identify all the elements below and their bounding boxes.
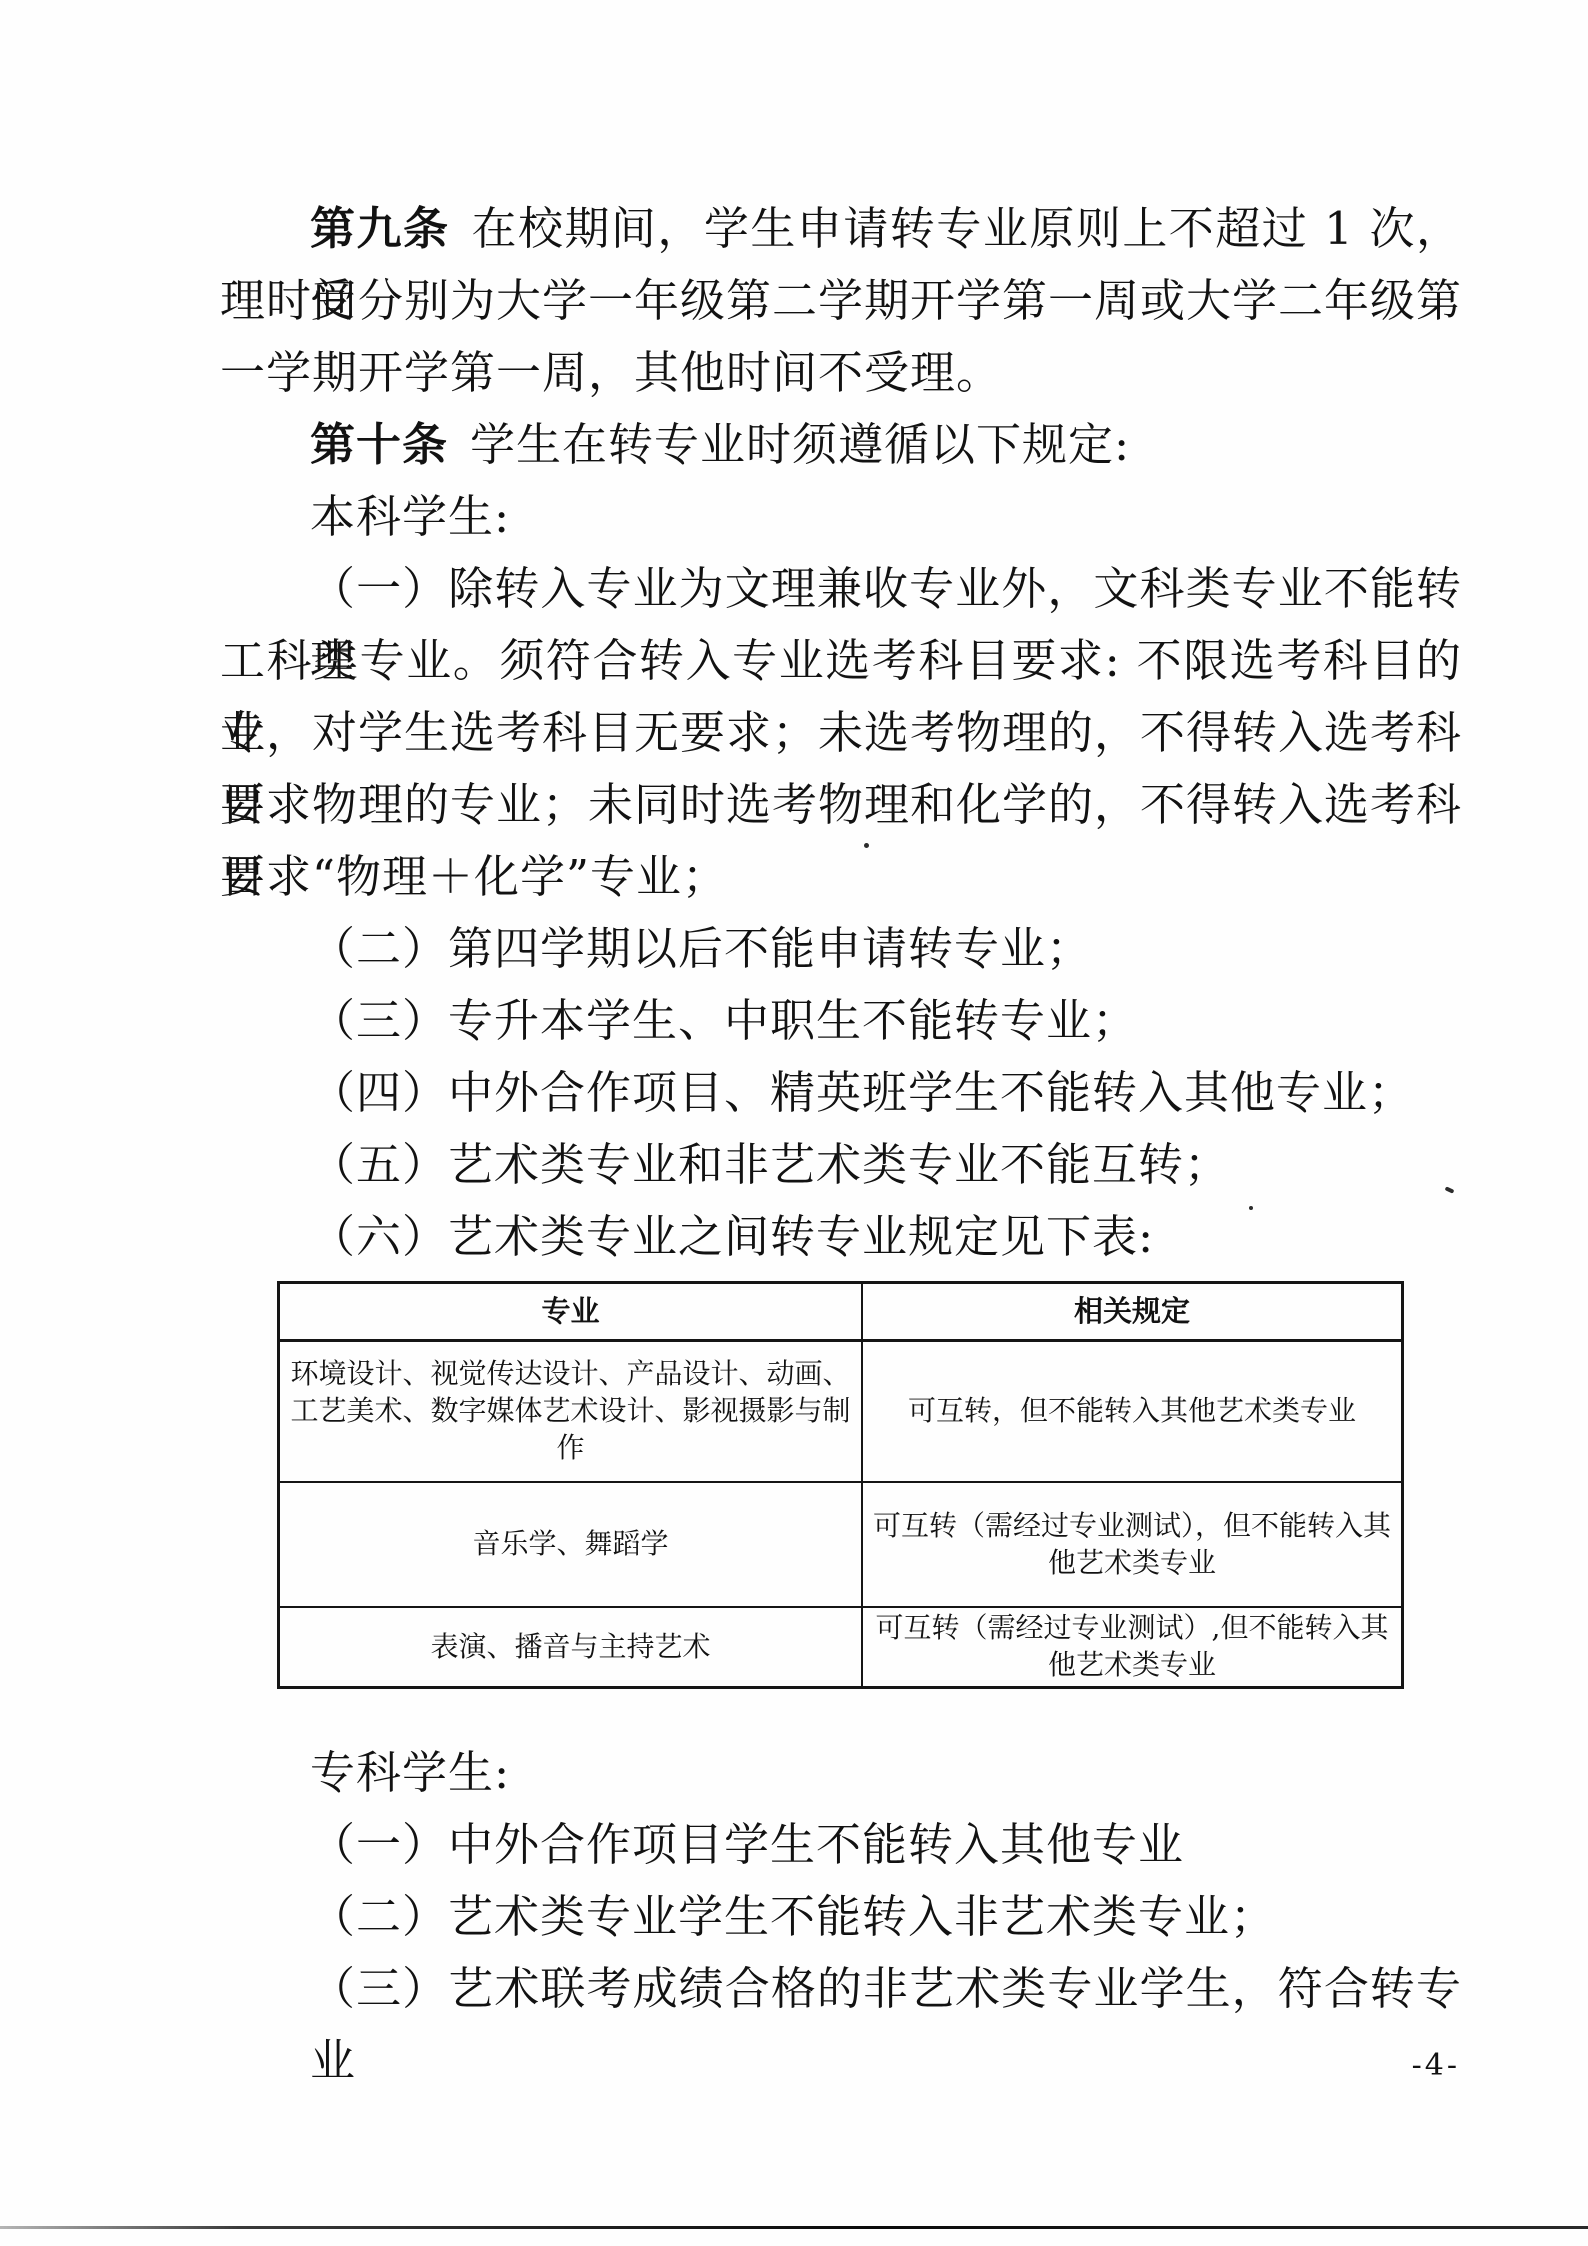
ink-speck — [1249, 1206, 1253, 1210]
regulation-table: 专业 相关规定 环境设计、视觉传达设计、产品设计、动画、工艺美术、数字媒体艺术设… — [277, 1281, 1404, 1689]
text-line: 第十条学生在转专业时须遵循以下规定: — [220, 409, 1462, 481]
table-cell-rule: 可互转（需经过专业测试），但不能转入其他艺术类专业 — [861, 1481, 1401, 1606]
scanned-document-page: 第九条在校期间，学生申请转专业原则上不超过 1 次，受 理时间分别为大学一年级第… — [0, 0, 1588, 2246]
table-cell-rule: 可互转，但不能转入其他艺术类专业 — [861, 1339, 1401, 1481]
table-cell-major: 音乐学、舞蹈学 — [280, 1481, 861, 1606]
page-number: -4- — [1412, 2048, 1460, 2083]
table-header-rule: 相关规定 — [861, 1284, 1401, 1339]
article-number: 第九条 — [310, 202, 449, 255]
table-cell-rule: 可互转（需经过专业测试）,但不能转入其他艺术类专业 — [861, 1606, 1401, 1686]
text-line: （二）艺术类专业学生不能转入非艺术类专业； — [220, 1881, 1462, 1953]
text-line: （三）专升本学生、中职生不能转专业； — [220, 985, 1462, 1057]
scan-artifact-line — [0, 2226, 1588, 2229]
line-text: 学生在转专业时须遵循以下规定: — [470, 418, 1130, 471]
table-cell-major: 环境设计、视觉传达设计、产品设计、动画、工艺美术、数字媒体艺术设计、影视摄影与制… — [280, 1339, 861, 1481]
document-body: 第九条在校期间，学生申请转专业原则上不超过 1 次，受 理时间分别为大学一年级第… — [220, 193, 1462, 2025]
text-line: （一）中外合作项目学生不能转入其他专业 — [220, 1809, 1462, 1881]
text-line: 专科学生: — [220, 1737, 1462, 1809]
table-cell-major: 表演、播音与主持艺术 — [280, 1606, 861, 1686]
text-line: 第九条在校期间，学生申请转专业原则上不超过 1 次，受 — [220, 193, 1462, 265]
text-line: 理时间分别为大学一年级第二学期开学第一周或大学二年级第 — [220, 265, 1462, 337]
text-line: 要求物理的专业；未同时选考物理和化学的，不得转入选考科目 — [220, 769, 1462, 841]
table-header-major: 专业 — [280, 1284, 861, 1339]
text-line: （三）艺术联考成绩合格的非艺术类专业学生，符合转专业 — [220, 1953, 1462, 2025]
text-line: （六）艺术类专业之间转专业规定见下表: — [220, 1201, 1462, 1273]
text-line: 本科学生: — [220, 481, 1462, 553]
text-line: 一学期开学第一周，其他时间不受理。 — [220, 337, 1462, 409]
text-line: （五）艺术类专业和非艺术类专业不能互转； — [220, 1129, 1462, 1201]
text-line: 工科类专业。须符合转入专业选考科目要求: 不限选考科目的专 — [220, 625, 1462, 697]
text-line: 要求“物理＋化学”专业； — [220, 841, 1462, 913]
text-line: （二）第四学期以后不能申请转专业； — [220, 913, 1462, 985]
text-line: （四）中外合作项目、精英班学生不能转入其他专业； — [220, 1057, 1462, 1129]
text-line: 业，对学生选考科目无要求；未选考物理的，不得转入选考科目 — [220, 697, 1462, 769]
ink-speck — [864, 843, 869, 848]
article-number: 第十条 — [310, 418, 448, 471]
text-line: （一）除转入专业为文理兼收专业外，文科类专业不能转理 — [220, 553, 1462, 625]
